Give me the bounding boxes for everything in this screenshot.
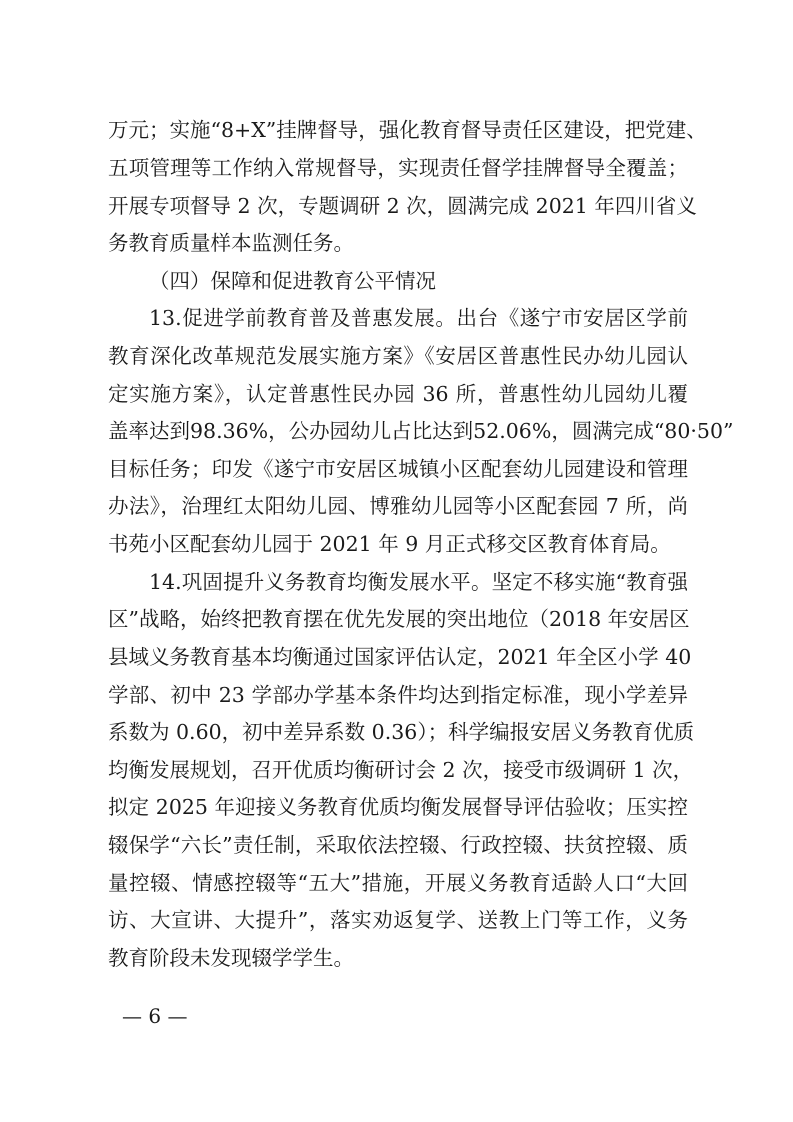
paragraph-line: 拟定 2025 年迎接义务教育优质均衡发展督导评估验收；压实控 <box>108 794 688 820</box>
paragraph-line: 14.巩固提升义务教育均衡发展水平。坚定不移实施“教育强 <box>149 569 688 595</box>
section-heading: （四）保障和促进教育公平情况 <box>149 268 549 294</box>
paragraph-line: 教育阶段未发现辍学学生。 <box>108 945 688 971</box>
paragraph-line: 万元；实施“8+X”挂牌督导，强化教育督导责任区建设，把党建、 <box>108 117 688 143</box>
paragraph-line: 辍保学“六长”责任制，采取依法控辍、行政控辍、扶贫控辍、质 <box>108 832 688 858</box>
paragraph-line: 学部、初中 23 学部办学基本条件均达到指定标准，现小学差异 <box>108 682 688 708</box>
document-page: 万元；实施“8+X”挂牌督导，强化教育督导责任区建设，把党建、 五项管理等工作纳… <box>0 0 793 1122</box>
paragraph-line: 均衡发展规划，召开优质均衡研讨会 2 次，接受市级调研 1 次， <box>108 757 688 783</box>
paragraph-line: 定实施方案》，认定普惠性民办园 36 所，普惠性幼儿园幼儿覆 <box>108 381 688 407</box>
paragraph-line: 目标任务；印发《遂宁市安居区城镇小区配套幼儿园建设和管理 <box>108 456 688 482</box>
paragraph-line: 13.促进学前教育普及普惠发展。出台《遂宁市安居区学前 <box>149 305 688 331</box>
page-number: — 6 — <box>122 1004 187 1028</box>
paragraph-line: 教育深化改革规范发展实施方案》《安居区普惠性民办幼儿园认 <box>108 343 688 369</box>
paragraph-line: 务教育质量样本监测任务。 <box>108 230 688 256</box>
paragraph-line: 系数为 0.60，初中差异系数 0.36）；科学编报安居义务教育优质 <box>108 719 688 745</box>
paragraph-line: 量控辍、情感控辍等“五大”措施，开展义务教育适龄人口“大回 <box>108 870 688 896</box>
paragraph-line: 办法》，治理红太阳幼儿园、博雅幼儿园等小区配套园 7 所，尚 <box>108 493 688 519</box>
paragraph-line: 访、大宣讲、大提升”，落实劝返复学、送教上门等工作，义务 <box>108 907 688 933</box>
paragraph-line: 五项管理等工作纳入常规督导，实现责任督学挂牌督导全覆盖； <box>108 155 688 181</box>
paragraph-line: 开展专项督导 2 次，专题调研 2 次，圆满完成 2021 年四川省义 <box>108 193 688 219</box>
paragraph-line: 县域义务教育基本均衡通过国家评估认定，2021 年全区小学 40 <box>108 644 688 670</box>
paragraph-line: 书苑小区配套幼儿园于 2021 年 9 月正式移交区教育体育局。 <box>108 531 688 557</box>
paragraph-line: 盖率达到98.36%，公办园幼儿占比达到52.06%，圆满完成“80·50” <box>108 418 688 444</box>
paragraph-line: 区”战略，始终把教育摆在优先发展的突出地位（2018 年安居区 <box>108 606 688 632</box>
